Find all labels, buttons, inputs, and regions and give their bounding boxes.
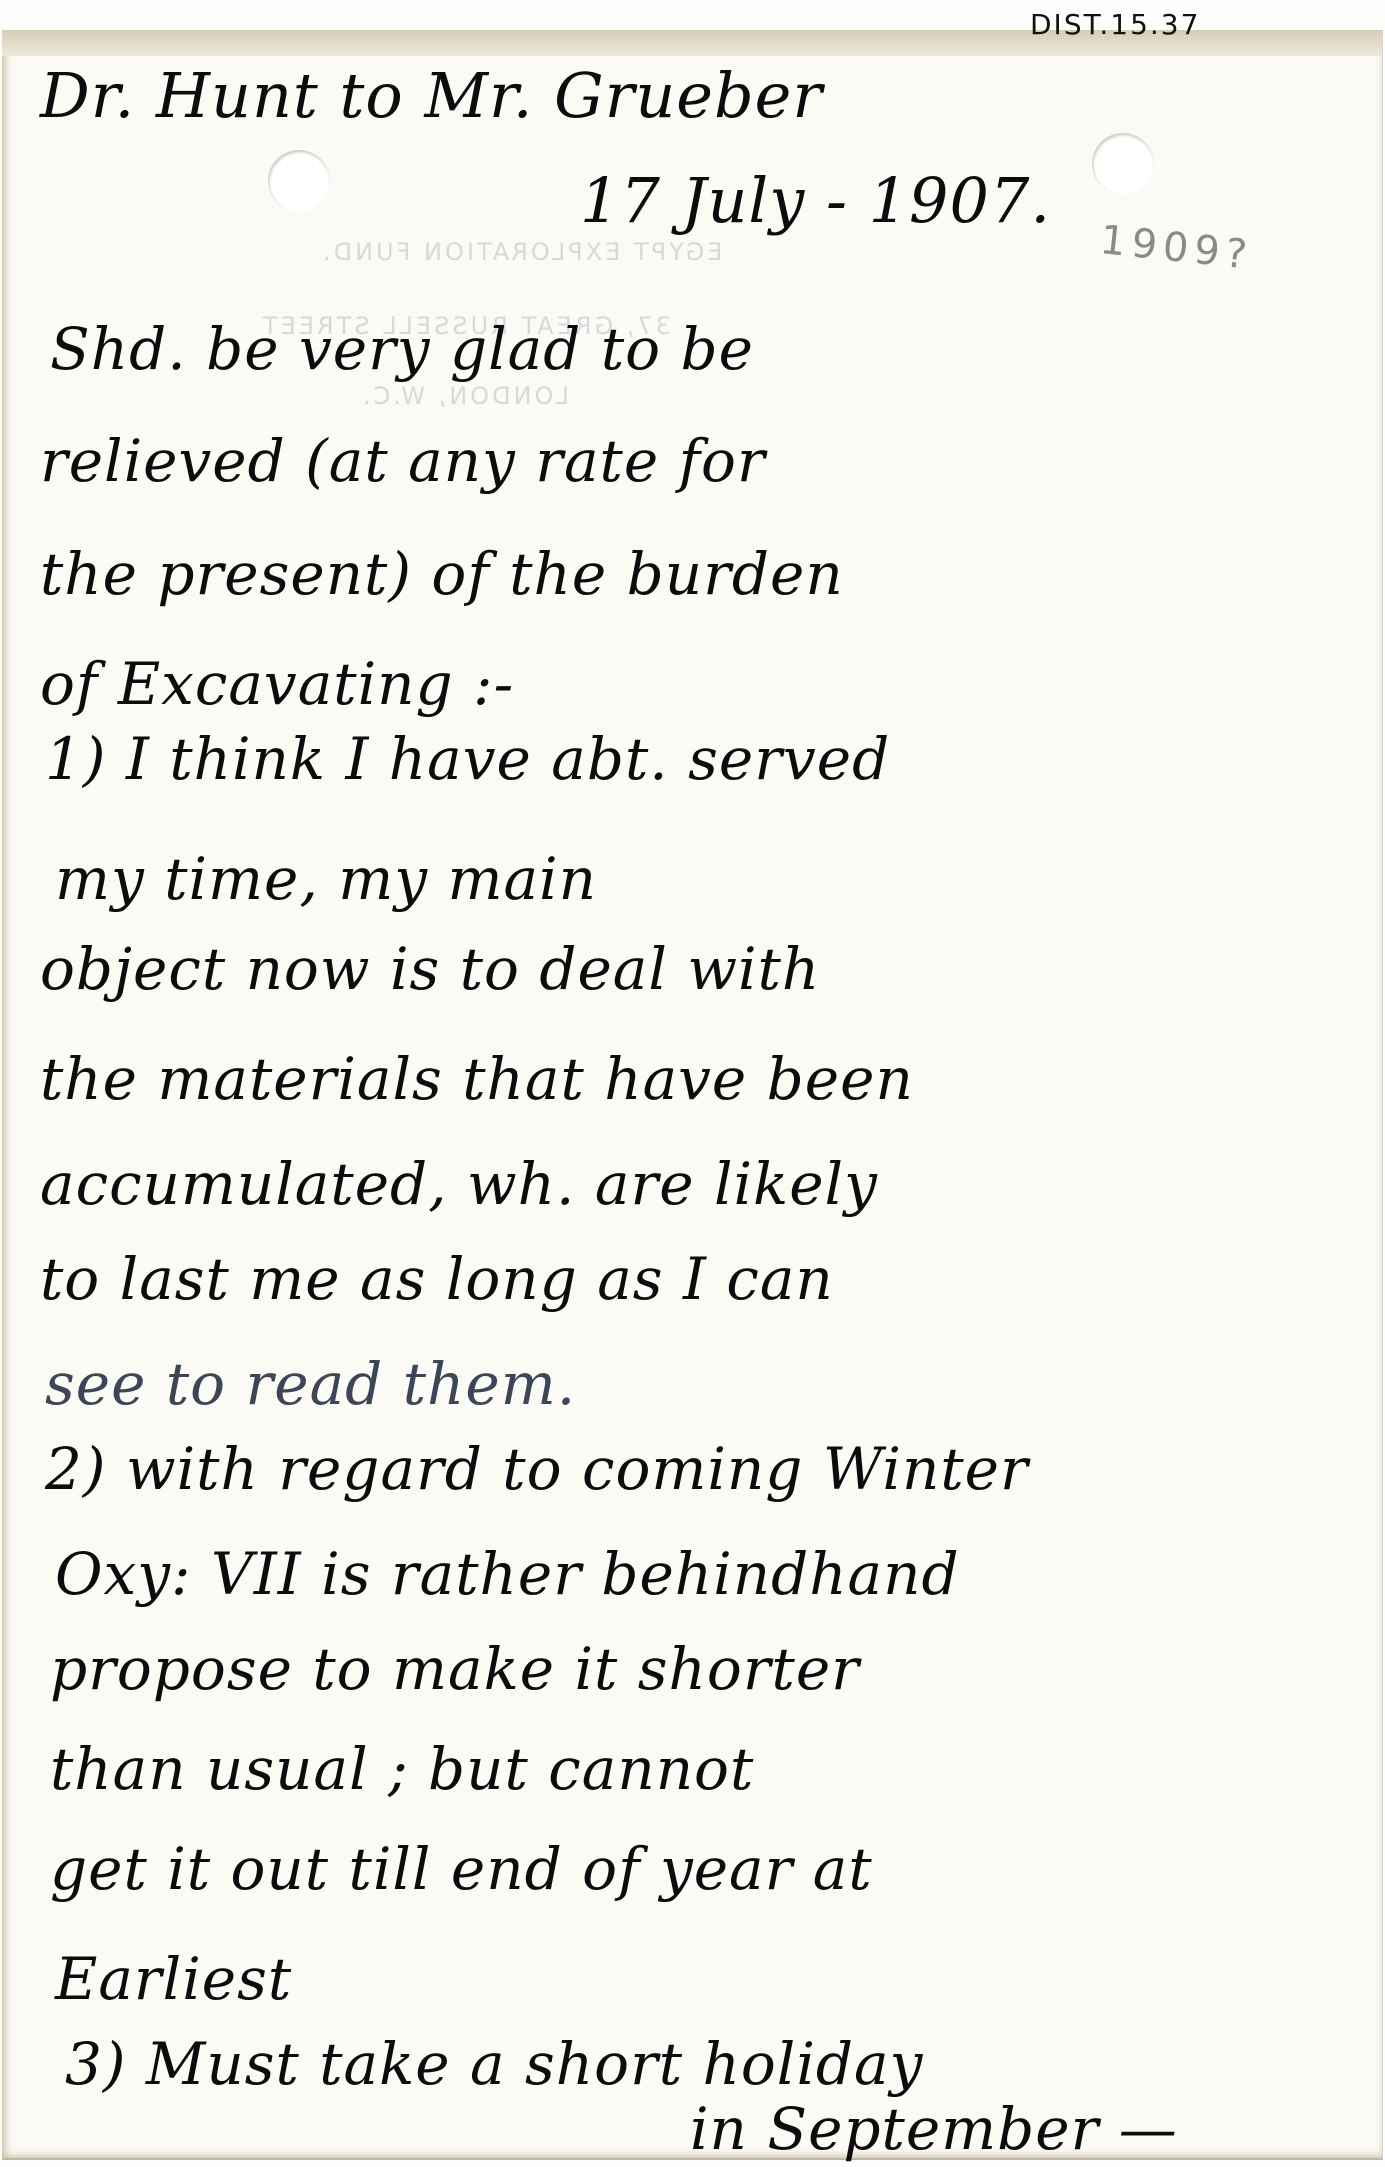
letter-date: 17 July - 1907. [580,170,1051,232]
punch-hole-right [1092,133,1154,195]
body-line-11: see to read them. [45,1355,576,1413]
body-line-15: than usual ; but cannot [50,1740,754,1798]
letterhead-show-through-line1: EGYPT EXPLORATION FUND. [320,238,722,266]
body-line-3: the present) of the burden [40,545,844,603]
archive-reference-label: DIST.15.37 [1030,8,1200,41]
body-line-6: my time, my main [55,850,597,908]
body-line-1: Shd. be very glad to be [50,320,754,378]
body-line-9: accumulated, wh. are likely [40,1155,878,1213]
body-line-12: 2) with regard to coming Winter [45,1440,1029,1498]
body-line-7: object now is to deal with [40,940,820,998]
body-line-16: get it out till end of year at [50,1840,873,1898]
scanned-letter: DIST.15.37 EGYPT EXPLORATION FUND. 37, G… [0,0,1385,2167]
body-line-4: of Excavating :- [40,655,514,713]
body-line-13: Oxy: VII is rather behindhand [55,1545,960,1603]
body-line-19: in September — [690,2100,1178,2158]
body-line-17: Earliest [55,1950,292,2008]
body-line-10: to last me as long as I can [40,1250,834,1308]
body-line-18: 3) Must take a short holiday [65,2035,923,2093]
letterhead-show-through-line3: LONDON, W.C. [360,382,569,410]
punch-hole-left [268,150,330,212]
body-line-8: the materials that have been [40,1050,914,1108]
body-line-2: relieved (at any rate for [40,432,766,490]
letter-heading: Dr. Hunt to Mr. Grueber [40,65,823,127]
body-line-14: propose to make it shorter [50,1640,860,1698]
body-line-5: 1) I think I have abt. served [45,730,890,788]
